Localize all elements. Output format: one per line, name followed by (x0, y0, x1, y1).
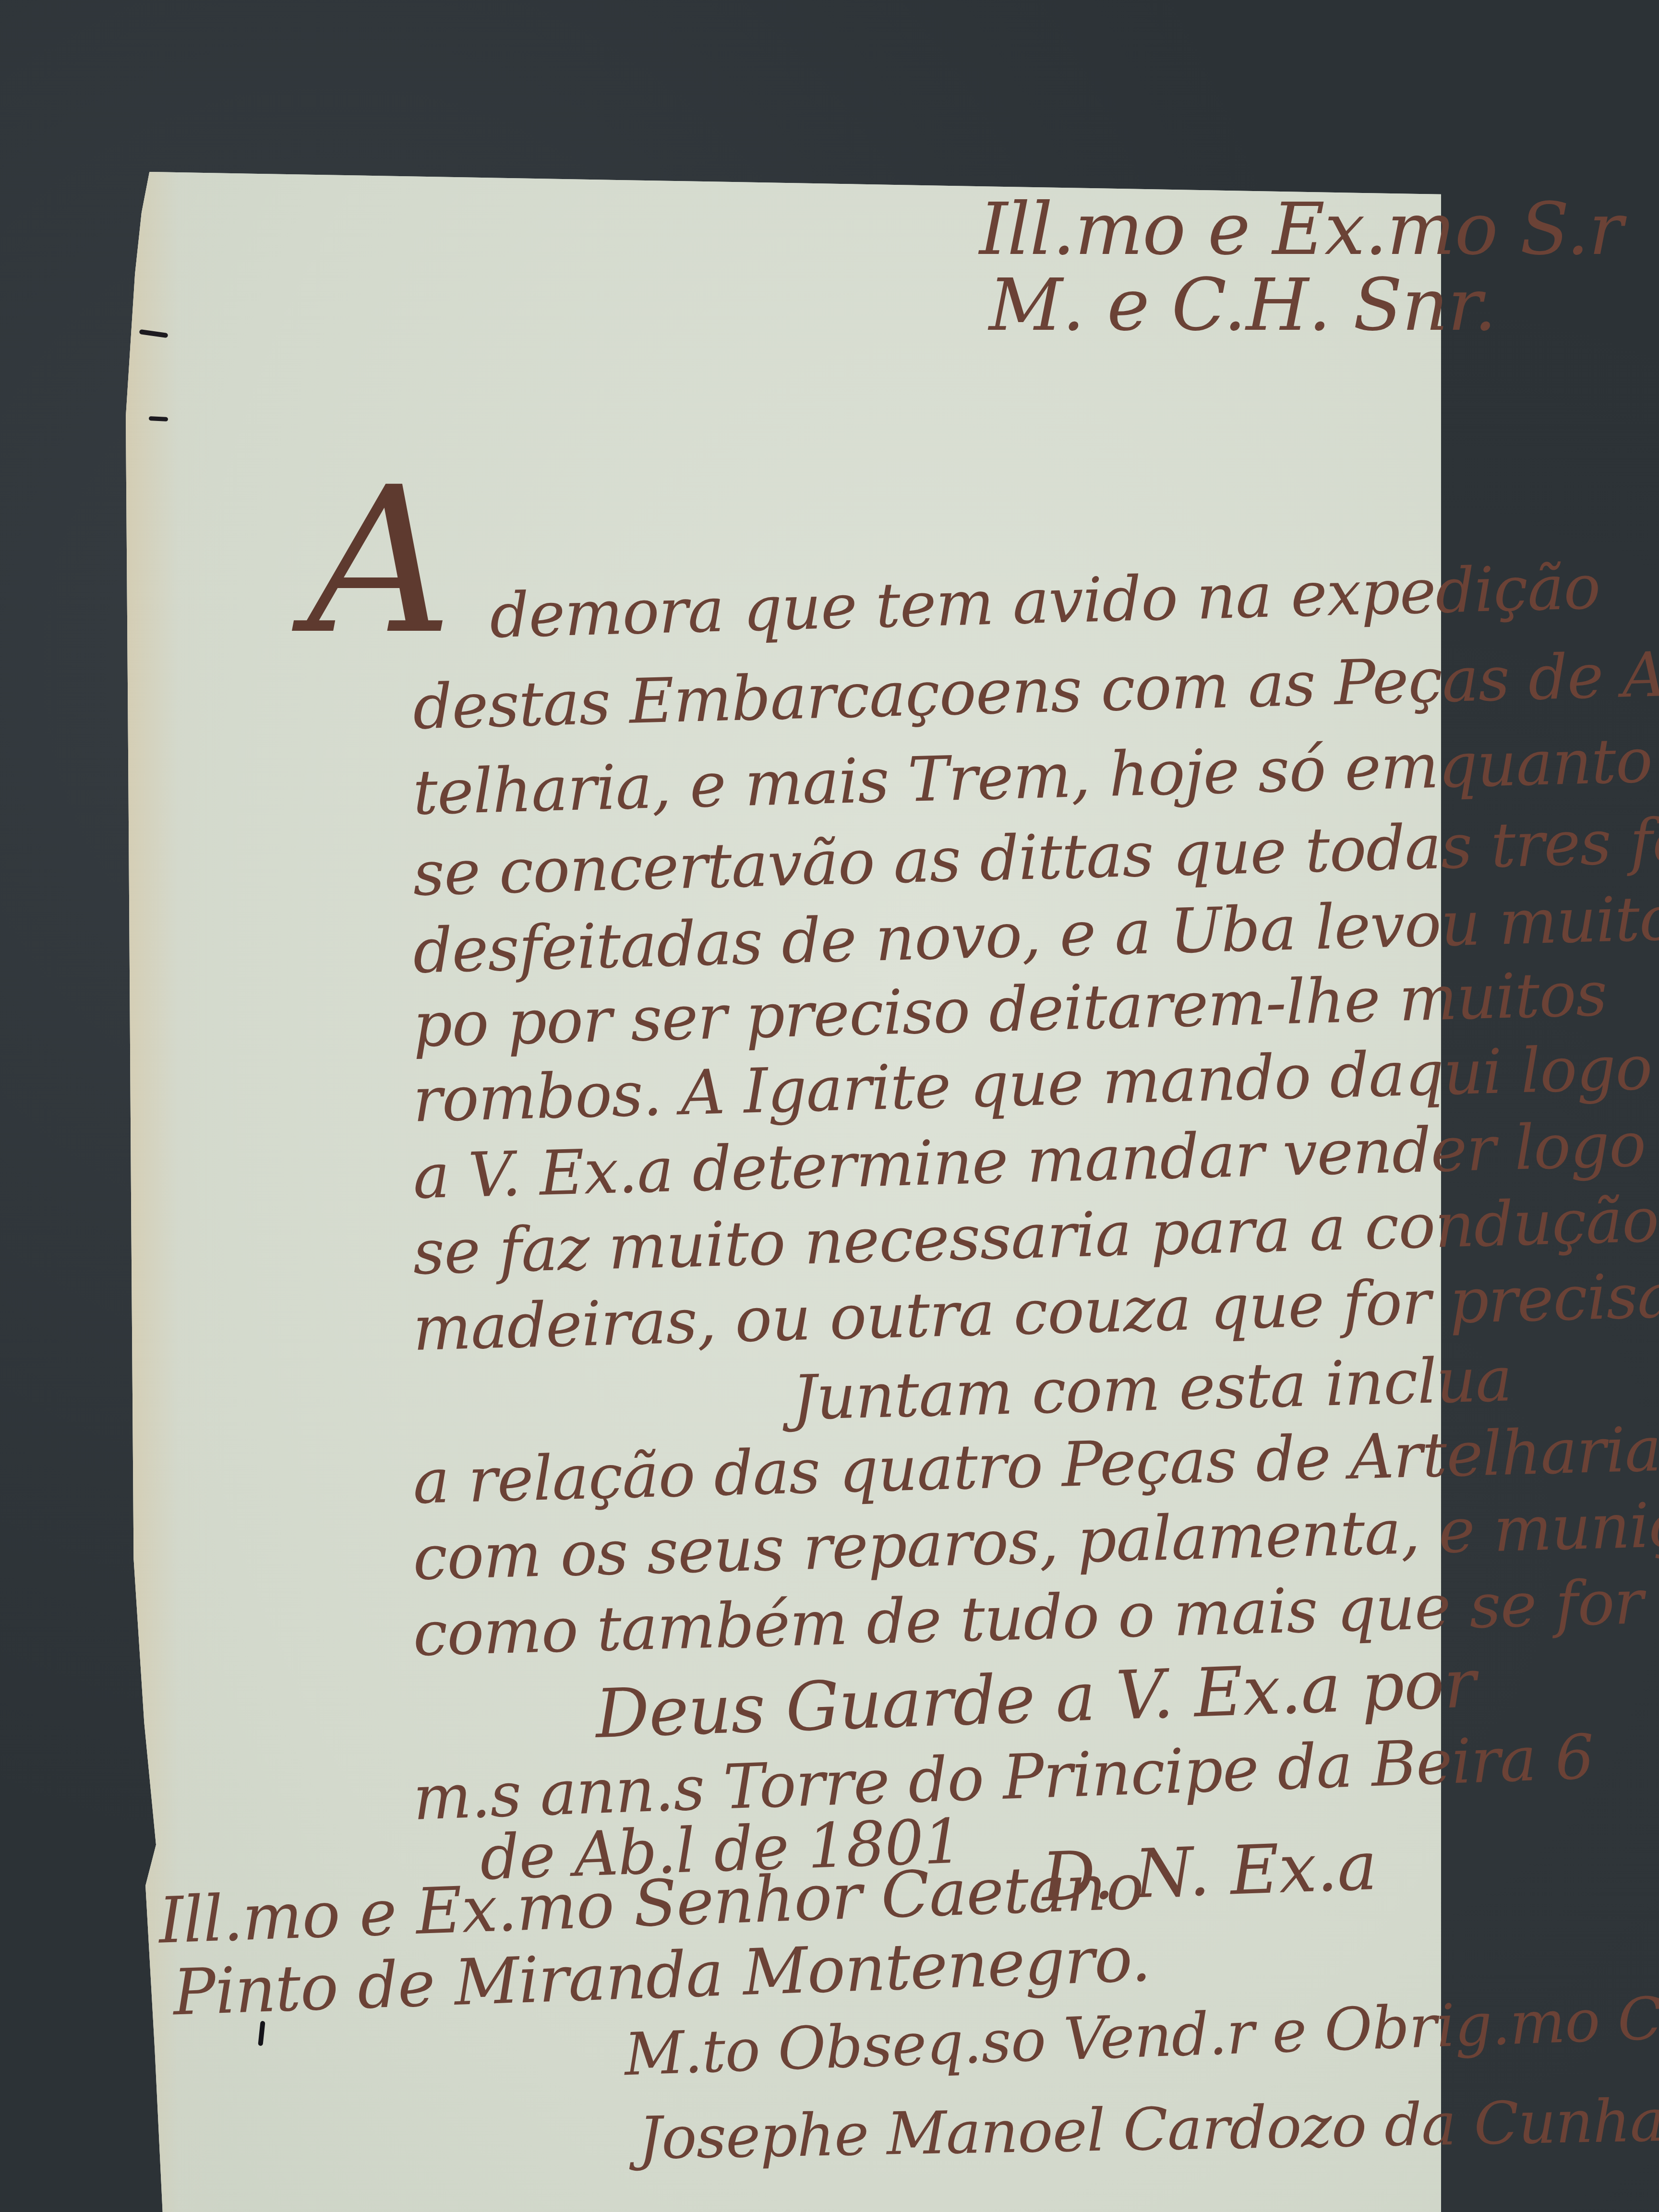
body-line: Juntam com esta inclua (792, 1349, 1513, 1429)
salutation: Ill.mo e Ex.mo S.r M. e C.H. Snr. (979, 192, 1623, 343)
salutation-line-1: Ill.mo e Ex.mo S.r (979, 192, 1623, 268)
signature-name: Josephe Manoel Cardozo da Cunha (638, 2091, 1659, 2167)
drop-cap: A (307, 461, 452, 662)
salutation-line-2: M. e C.H. Snr. (979, 268, 1623, 344)
